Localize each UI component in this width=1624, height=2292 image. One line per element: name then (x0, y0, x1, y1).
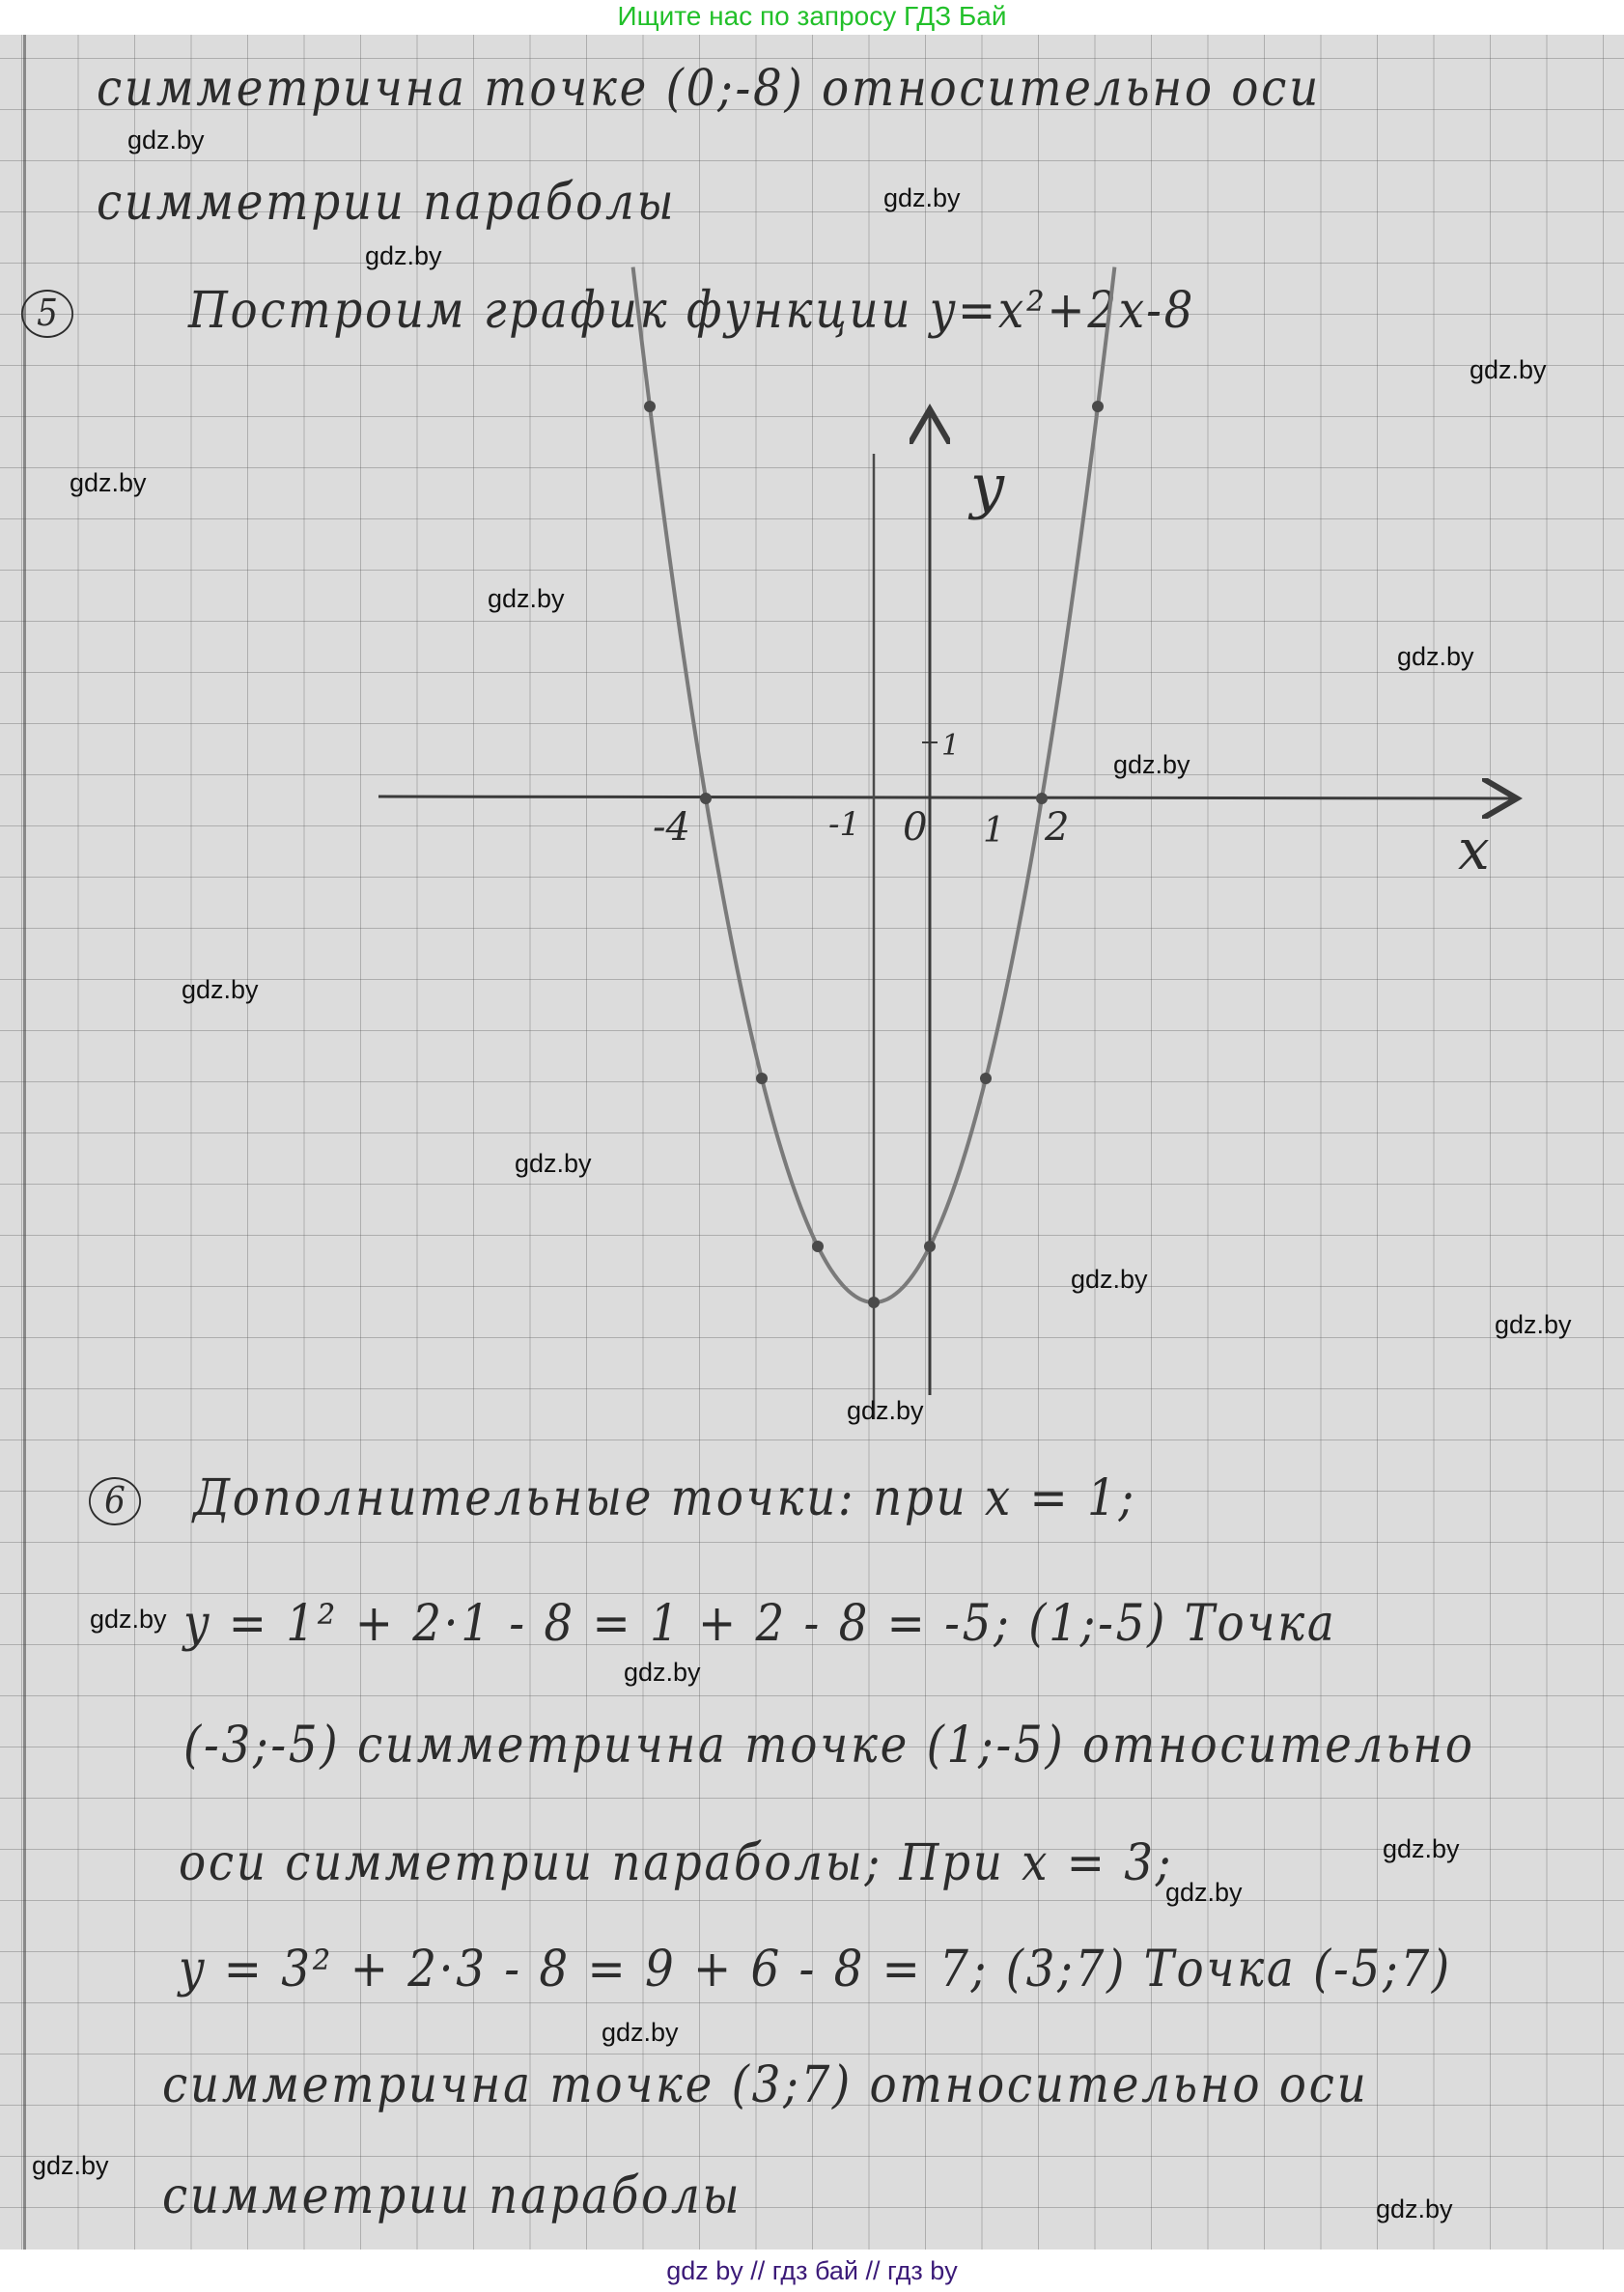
watermark-text: gdz.by (1071, 1265, 1148, 1295)
text-line-9: симметрична точке (3;7) относительно оси (162, 2056, 1368, 2114)
text-line-5: y = 1² + 2·1 - 8 = 1 + 2 - 8 = -5; (1;-5… (183, 1595, 1336, 1653)
graph-point (924, 1241, 936, 1252)
watermark-text: gdz.by (1495, 1310, 1572, 1340)
x-axis-label: x (1458, 817, 1490, 882)
footer-banner[interactable]: gdz by // гдз бай // гдз by (0, 2250, 1624, 2292)
watermark-text: gdz.by (1383, 1834, 1460, 1864)
graph-point (980, 1073, 992, 1084)
watermark-text: gdz.by (624, 1658, 701, 1688)
graph-point (700, 793, 712, 804)
text-line-8: y = 3² + 2·3 - 8 = 9 + 6 - 8 = 7; (3;7) … (179, 1941, 1452, 1999)
watermark-text: gdz.by (182, 975, 259, 1005)
text-line-7: оси симметрии параболы; При x = 3; (179, 1834, 1173, 1892)
graph-point (1092, 401, 1104, 412)
watermark-text: gdz.by (1113, 750, 1190, 780)
x-tick-label-1: 1 (983, 811, 1005, 851)
watermark-text: gdz.by (1397, 642, 1474, 672)
y-tick-label-1: 1 (941, 729, 960, 763)
watermark-text: gdz.by (847, 1396, 924, 1426)
watermark-text: gdz.by (365, 241, 442, 271)
watermark-text: gdz.by (70, 468, 147, 498)
watermark-text: gdz.by (515, 1149, 592, 1179)
graph-point (1036, 793, 1048, 804)
text-line-10: симметрии параболы (162, 2167, 742, 2225)
x-tick-label-0: 0 (903, 805, 927, 850)
watermark-text: gdz.by (1470, 355, 1547, 385)
watermark-text: gdz.by (32, 2151, 109, 2181)
watermark-text: gdz.by (883, 183, 961, 213)
x-tick-label-minus4: -4 (653, 805, 690, 850)
watermark-text: gdz.by (602, 2018, 679, 2048)
watermark-text: gdz.by (1165, 1878, 1243, 1908)
x-tick-label-2: 2 (1044, 805, 1069, 850)
text-line-4: Дополнительные точки: при x = 1; (193, 1469, 1136, 1527)
watermark-text: gdz.by (1376, 2194, 1453, 2224)
watermark-text: gdz.by (90, 1605, 167, 1635)
graph-point (812, 1241, 824, 1252)
y-axis-label: y (967, 451, 1005, 521)
step-number-6: 6 (89, 1477, 141, 1525)
x-tick-label-minus1: -1 (828, 805, 860, 844)
text-line-6: (-3;-5) симметрична точке (1;-5) относит… (183, 1717, 1475, 1775)
watermark-text: gdz.by (127, 126, 205, 155)
graph-point (756, 1073, 768, 1084)
watermark-text: gdz.by (488, 584, 565, 614)
graph-point (644, 401, 656, 412)
graph-point (868, 1297, 880, 1308)
x-axis (378, 797, 1511, 798)
